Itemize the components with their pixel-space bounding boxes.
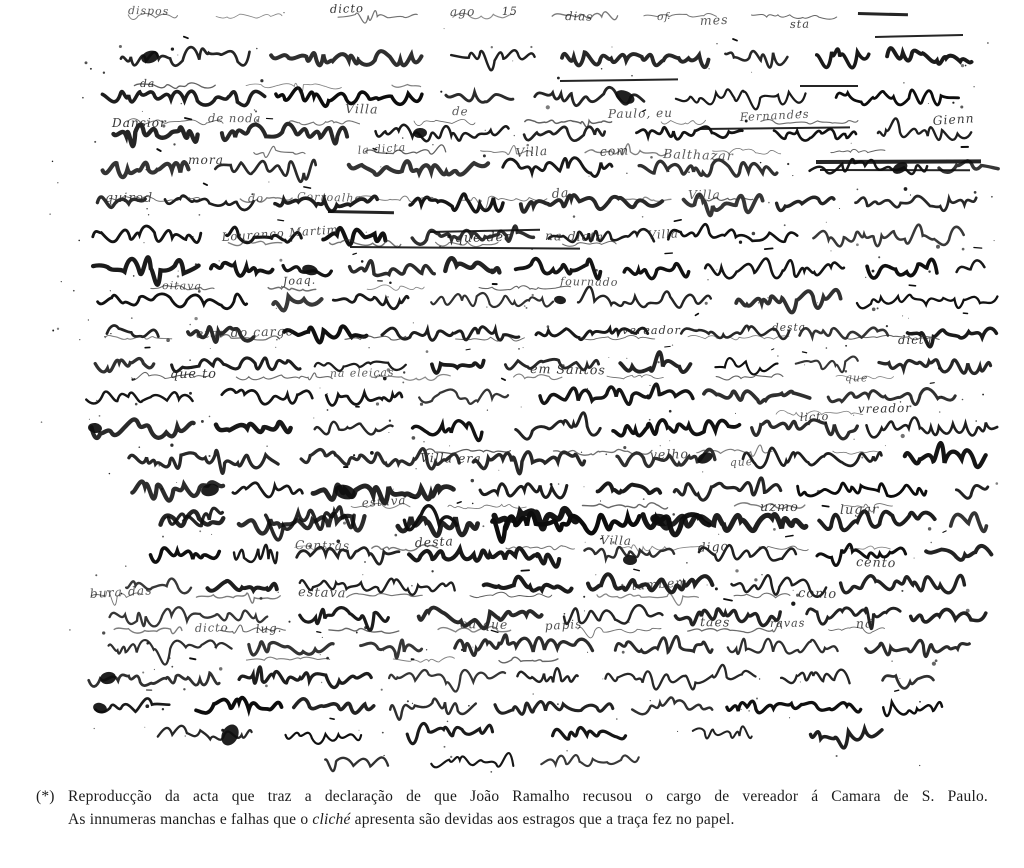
manuscript-annotation: estava [298,585,347,601]
manuscript-annotation: Villa [600,533,632,548]
manuscript-annotation: dicto [195,621,229,635]
caption-line-1: Reproducção da acta que traz a declaraçã… [68,785,988,808]
manuscript-annotation: de noda [208,111,261,125]
manuscript-annotation: em Santos [530,361,606,377]
manuscript-annotation: 15 [502,5,518,18]
manuscript-annotation: que to [170,367,217,382]
manuscript-annotation: cento [856,554,897,570]
manuscript-annotation: fournado [559,275,619,289]
manuscript-annotation: desta [772,322,806,334]
manuscript-annotation: papis [544,617,582,633]
manuscript-annotation: que [845,371,869,385]
manuscript-annotation: na eleiças [330,366,395,380]
manuscript-annotation: Villa era [420,450,482,466]
manuscript-annotation: licto [800,410,830,424]
manuscript-annotation: uzmo [760,500,799,515]
caption-line-2: As innumeras manchas e falhas que o clic… [68,808,988,831]
manuscript-annotation: mora [188,153,224,167]
caption-line-1-text: Reproducção da acta que traz a declaraçã… [68,788,988,805]
manuscript-annotation: na [856,615,874,631]
manuscript-annotation: dicta [898,333,933,347]
caption-footnote-marker: (*) [36,785,55,808]
manuscript-annotation: lug. [255,621,282,636]
legible-annotation-words: disposdictoago15diasofmesstadaDansiorde … [89,1,975,636]
manuscript-annotation: lugar [840,502,880,518]
manuscript-image: disposdictoago15diasofmesstadaDansiorde … [0,0,1024,782]
damage-specks [41,12,998,773]
manuscript-annotation: Dansior [111,116,167,130]
manuscript-annotation: quirod [105,190,153,205]
manuscript-annotation: Villa [688,188,721,202]
manuscript-annotation: ago [450,5,476,19]
manuscript-annotation: mes [699,12,728,28]
manuscript-annotation: velho [650,446,689,462]
manuscript-annotation: Joaq. [281,273,317,288]
manuscript-annotation: Villa [647,226,679,242]
manuscript-annotation: de [452,104,469,118]
manuscript-annotation: do [248,192,264,205]
manuscript-annotation: dicto [330,1,364,16]
caption-line-2-after: apresenta são devidas aos estragos que a… [351,811,735,828]
manuscript-annotation: vereador [622,324,681,337]
manuscript-annotation: da [140,77,155,90]
manuscript-annotation: vreador [858,401,913,416]
manuscript-annotation: etar do cargo [196,323,295,341]
manuscript-annotation: Balthazar [662,146,734,163]
manuscript-annotation: Villa [345,101,379,117]
manuscript-annotation: eu que [460,617,508,632]
manuscript-annotation: Fernandes [738,107,809,124]
manuscript-annotation: estava [361,493,407,510]
manuscript-annotation: na dicta [545,228,604,244]
manuscript-annotation: Paulo, eu [607,106,673,121]
manuscript-annotation: Gienn [932,111,975,128]
caption-line-2-before: As innumeras manchas e falhas que o [68,811,312,828]
manuscript-annotation: desta [414,533,454,550]
manuscript-annotation: la dicta [357,141,406,157]
manuscript-annotation: bura das [89,582,153,601]
manuscript-annotation: dispos [128,4,169,18]
caption: (*) Reproducção da acta que traz a decla… [36,785,988,831]
manuscript-annotation: com [599,142,629,159]
manuscript-annotation: digo [697,538,729,555]
manuscript-annotation: que deo [455,229,513,245]
manuscript-annotation: taes [700,614,731,629]
caption-line-2-italic-word: cliché [312,811,350,828]
manuscript-annotation: dias [565,9,593,24]
manuscript-annotation: que [730,455,754,469]
manuscript-annotation: Corroalho [297,190,362,205]
manuscript-facsimile: disposdictoago15diasofmesstadaDansiorde … [0,0,1024,782]
manuscript-annotation: Contras [295,538,350,553]
manuscript-annotation: Villa [515,144,548,160]
manuscript-annotation: como [798,586,837,602]
manuscript-annotation: oitava [162,279,202,293]
manuscript-annotation: sta [790,18,810,31]
manuscript-annotation: Lourenço Martim [220,222,339,244]
manuscript-annotation: of [657,11,670,23]
manuscript-annotation: ravas [770,617,806,630]
manuscript-annotation: da [551,185,570,201]
